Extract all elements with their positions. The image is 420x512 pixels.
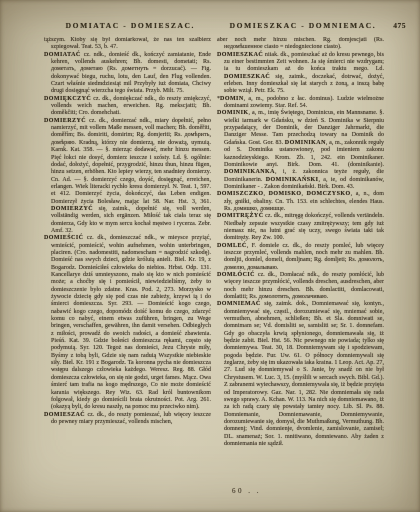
entry-paragraph: *DOMIN, a, m., podobno z łac. dominus). …	[217, 96, 384, 111]
entry-paragraph: DOMIESZAĆ cz. dk., do reszty pomieszać, …	[44, 412, 211, 427]
entry-paragraph: DOMLEĆ, F. domiele cz. dk., do reszty po…	[217, 243, 384, 272]
entry-paragraph: DOMIESZKAĆ niiak. dk., pomieszkać aż do …	[217, 52, 384, 96]
signature-mark: 60 . .	[232, 487, 261, 495]
entry-paragraph: DOMNIEMAĆ się, zaimk. dok., Domniemawać …	[217, 301, 384, 448]
entry-paragraph: DOMINIK, a, m., imię Świętego, Dominicus…	[217, 110, 384, 191]
text-columns: tąższym. Ktoby się był domiarkował, że n…	[44, 37, 384, 475]
text-column-right: aber noch mehr hinzu mischen. Rg. domjes…	[217, 37, 384, 475]
book-page-scan: DOMIATAC - DOMIESZAC. DOMIESZKAC - DOMNI…	[0, 0, 420, 512]
entry-paragraph: DOMŁÓCIĆ cz. dk., Domłacać ndk., do resz…	[217, 272, 384, 301]
page-header-right: DOMIESZKAC - DOMNIEMAC.	[217, 21, 390, 30]
entry-paragraph: DOMIEŚCIĆ cz. dk., domieszczać ndk., w m…	[44, 235, 211, 411]
entry-paragraph: DOMITRĘŻYĆ cz. dk., mitręgę dokończyć, v…	[217, 213, 384, 242]
entry-paragraph: DOMIĘKCZYĆ cz. dk., domiękczać ndk., do …	[44, 96, 211, 118]
entry-paragraph: aber noch mehr hinzu mischen. Rg. domjes…	[217, 37, 384, 52]
entry-paragraph: DOMIATAĆ cz. ndk., domieść dk., kończyć …	[44, 52, 211, 96]
entry-paragraph: DOMISZCZKO, DOMISKO, DOMCZYSKO, a, n., d…	[217, 191, 384, 213]
text-column-left: tąższym. Ktoby się był domiarkował, że n…	[44, 37, 211, 475]
page-header-left: DOMIATAC - DOMIESZAC.	[44, 21, 217, 30]
page-number: 475	[389, 21, 406, 30]
entry-paragraph: tąższym. Ktoby się był domiarkował, że n…	[44, 37, 211, 52]
running-headers: DOMIATAC - DOMIESZAC. DOMIESZKAC - DOMNI…	[44, 21, 406, 30]
entry-paragraph: DOMIERZYĆ cz. dk., domierzać ndk., miary…	[44, 118, 211, 236]
